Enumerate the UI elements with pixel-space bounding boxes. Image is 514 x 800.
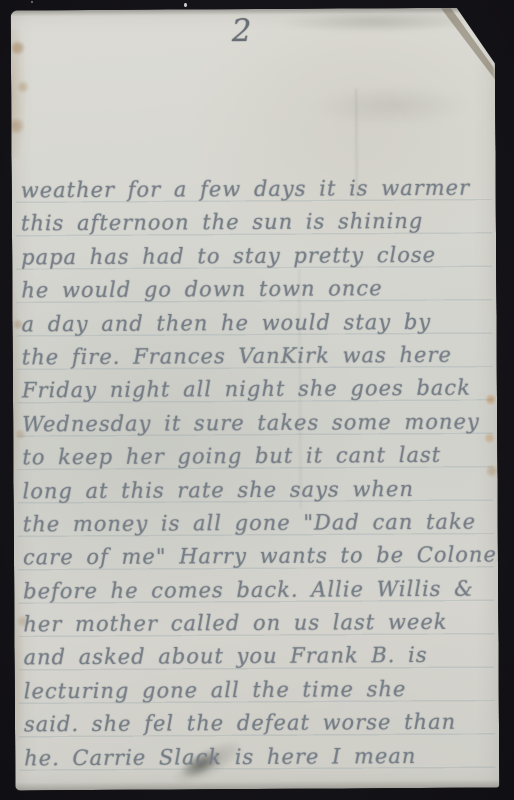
letter-line: a day and then he would stay by — [21, 305, 490, 341]
pencil-smudge — [273, 10, 463, 37]
letter-line: weather for a few days it is warmer — [21, 172, 490, 208]
paper-edge-shadow — [11, 8, 495, 17]
letter-line: this afternoon the sun is shining — [21, 205, 490, 241]
foxing-stain — [11, 28, 46, 158]
corner-fold-shadow — [417, 8, 495, 86]
letter-line: care of me" Harry wants to be Colonel — [23, 539, 492, 575]
letter-line: Wednesday it sure takes some money — [22, 405, 491, 441]
letter-line: lecturing gone all the time she — [24, 672, 493, 708]
letter-page: 2 weather for a few days it is warmer th… — [11, 8, 500, 791]
pencil-smudge — [311, 78, 471, 134]
paper-edge-shadow — [15, 780, 499, 791]
dust-speck — [31, 1, 33, 3]
corner-fold-flap — [435, 8, 495, 68]
letter-line: before he comes back. Allie Willis & — [23, 572, 492, 608]
scanned-letter-photo: 2 weather for a few days it is warmer th… — [0, 0, 514, 800]
letter-line: the fire. Frances VanKirk was here — [22, 339, 491, 375]
dust-speck — [184, 3, 187, 7]
letter-line: papa has had to stay pretty close — [21, 238, 490, 274]
letter-line: long at this rate she says when — [22, 472, 491, 508]
letter-line: he. Carrie Slack is here I mean — [24, 739, 493, 775]
handwritten-text-block: weather for a few days it is warmer this… — [21, 172, 494, 776]
page-number: 2 — [232, 13, 252, 49]
letter-line: said. she fel the defeat worse than — [24, 706, 493, 742]
letter-line: the money is all gone "Dad can take — [23, 505, 492, 541]
letter-line: Friday night all night she goes back — [22, 372, 491, 408]
letter-line: her mother called on us last week — [23, 606, 492, 642]
letter-line: he would go down town once — [21, 272, 490, 308]
letter-line: and asked about you Frank B. is — [23, 639, 492, 675]
letter-line: to keep her going but it cant last — [22, 439, 491, 475]
